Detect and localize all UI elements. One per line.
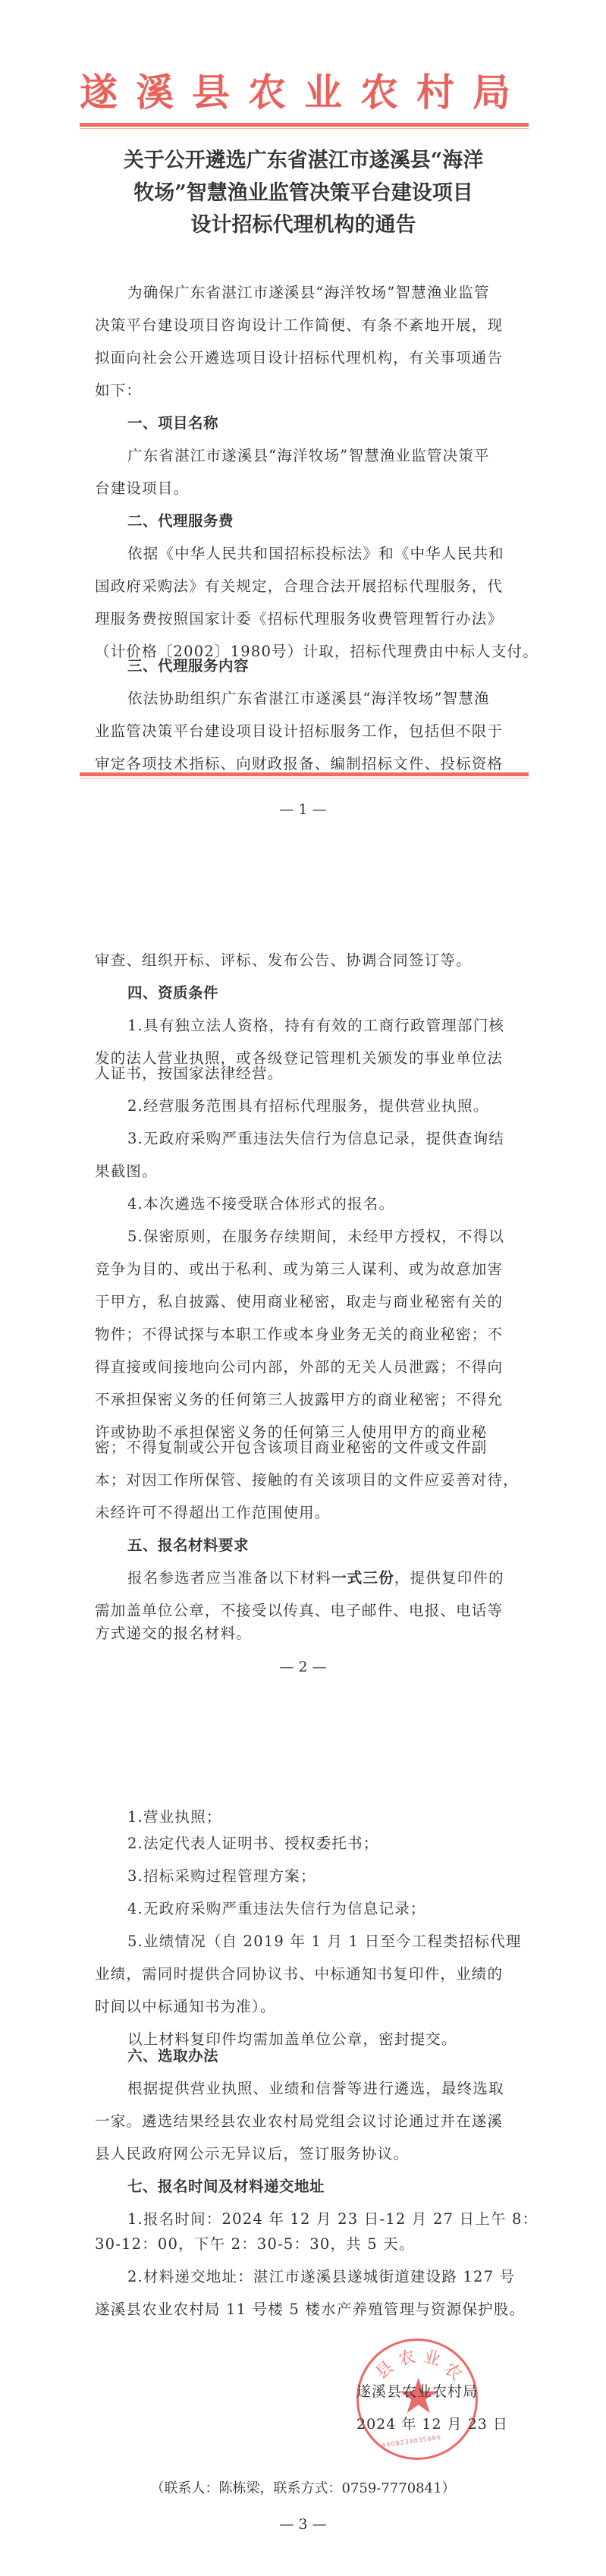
section-heading-qualifications: 四、资质条件 [127, 977, 520, 1009]
page-number-2: — 2 — [0, 1659, 606, 1675]
page-number-1: — 1 — [0, 801, 606, 818]
body-line: 果截图。 [95, 1155, 520, 1187]
body-line: 依法协助组织广东省湛江市遂溪县“海洋牧场”智慧渔 [127, 682, 520, 715]
materials-intro-post: ，提供复印件的 [394, 1569, 504, 1587]
section-heading-registration-time-address: 七、报名时间及材料递交地址 [127, 2170, 520, 2203]
body-line: 于甲方，私自披露、使用商业秘密，取走与商业秘密有关的 [95, 1285, 520, 1318]
header-red-rule-thin [80, 128, 529, 129]
materials-item: 3.招标采购过程管理方案； [127, 1860, 520, 1892]
seal-arc-char: 业 [421, 2344, 443, 2371]
body-line: 3.无政府采购严重违法失信行为信息记录，提供查询结 [127, 1122, 520, 1155]
materials-item: 4.无政府采购严重违法失信行为信息记录； [127, 1892, 520, 1925]
contact-info: （联系人：陈栋梁，联系方式：0759-7770841） [0, 2477, 606, 2497]
body-line: 理服务费按照国家计委《招标代理服务收费管理暂行办法》 [95, 602, 520, 635]
signature-organization: 遂溪县农业农村局 [356, 2380, 493, 2401]
body-line: 2.材料递交地址：湛江市遂溪县遂城街道建设路 127 号 [127, 2260, 520, 2293]
body-line: 业监管决策平台建设项目设计招标服务工作，包括但不限于 [95, 715, 520, 747]
intro-line: 为确保广东省湛江市遂溪县“海洋牧场”智慧渔业监管 [127, 276, 520, 309]
body-line: 4.本次遴选不接受联合体形式的报名。 [127, 1187, 520, 1220]
body-line: 一家。遴选结果经县农业农村局党组会议讨论通过并在遂溪 [95, 2105, 520, 2137]
seal-arc-char: 县 [370, 2355, 398, 2384]
materials-item: 时间以中标通知书为准）。 [95, 1990, 520, 2023]
body-line: 审查、组织开标、评标、发布公告、协调合同签订等。 [95, 944, 520, 977]
seal-number: 4408234035666 [381, 2434, 442, 2449]
body-line: 广东省湛江市遂溪县“海洋牧场”智慧渔业监管决策平 [127, 439, 520, 472]
body-line: 本；对因工作所保管、接触的有关该项目的文件应妥善对待， [95, 1464, 520, 1496]
body-line: 台建设项目。 [95, 472, 520, 505]
footer-red-rule [80, 772, 529, 776]
section-heading-service-content: 三、代理服务内容 [127, 650, 520, 682]
signature-date: 2024 年 12 月 23 日 [356, 2413, 493, 2433]
body-line: 不承担保密义务的任何第三人披露甲方的商业秘密；不得允 [95, 1383, 520, 1416]
intro-line: 拟面向社会公开遴选项目设计招标代理机构，有关事项通告 [95, 341, 520, 374]
footer-red-rule-thin [80, 778, 529, 778]
body-line: 5.保密原则，在服务存续期间，未经甲方授权，不得以 [127, 1220, 520, 1253]
notice-title-line-2: 牧场”智慧渔业监管决策平台建设项目 [76, 178, 531, 209]
materials-item: 2.法定代表人证明书、授权委托书； [127, 1827, 520, 1860]
body-line: 密；不得复制或公开包含该项目商业秘密的文件或文件副 [95, 1431, 520, 1464]
intro-line: 决策平台建设项目咨询设计工作简便、有条不紊地开展，现 [95, 309, 520, 341]
body-line: 30-12：00，下午 2：30-5：30，共 5 天。 [95, 2228, 520, 2260]
notice-title-line-3: 设计招标代理机构的通告 [76, 209, 531, 241]
intro-line: 如下： [95, 374, 520, 407]
page-number-3: — 3 — [0, 2516, 606, 2533]
body-line: 2.经营服务范围具有招标代理服务，提供营业执照。 [127, 1090, 520, 1122]
section-heading-selection-method: 六、选取办法 [127, 2040, 520, 2072]
body-line: 国政府采购法》有关规定，合理合法开展招标代理服务，代 [95, 570, 520, 602]
body-line: 县人民政府网公示无异议后，签订服务协议。 [95, 2137, 520, 2170]
body-line: 物件；不得试探与本职工作或本身业务无关的商业秘密；不 [95, 1318, 520, 1351]
seal-arc-char: 农 [395, 2344, 417, 2371]
section-heading-service-fee: 二、代理服务费 [127, 505, 520, 537]
materials-copies-emphasis: 一式三份 [331, 1569, 394, 1587]
body-line: 方式递交的报名材料。 [95, 1617, 520, 1650]
materials-item: 业绩，需同时提供合同协议书、中标通知书复印件，业绩的 [95, 1958, 520, 1990]
materials-item: 5.业绩情况（自 2019 年 1 月 1 日至今工程类招标代理 [127, 1925, 520, 1958]
body-line-materials-intro: 报名参选者应当准备以下材料一式三份，提供复印件的 [127, 1562, 520, 1594]
section-heading-application-materials: 五、报名材料要求 [127, 1529, 520, 1562]
organization-header: 遂溪县农业农村局 [80, 70, 529, 115]
body-line: 遂溪县农业农村局 11 号楼 5 楼水产养殖管理与资源保护股。 [95, 2293, 520, 2326]
section-heading-project-name: 一、项目名称 [127, 407, 520, 439]
materials-intro-pre: 报名参选者应当准备以下材料 [127, 1569, 331, 1587]
header-red-rule [80, 123, 529, 127]
notice-title-line-1: 关于公开遴选广东省湛江市遂溪县“海洋 [76, 145, 531, 177]
body-line: 人证书，按国家法律经营。 [95, 1057, 520, 1090]
body-line: 竞争为目的、或出于私利、或为第三人谋利、或为故意加害 [95, 1253, 520, 1285]
body-line: 得直接或间接地向公司内部，外部的无关人员泄露；不得向 [95, 1351, 520, 1383]
body-line: 依据《中华人民共和国招标投标法》和《中华人民共和 [127, 537, 520, 570]
body-line: 根据提供营业执照、业绩和信誉等进行遴选，最终选取 [127, 2072, 520, 2105]
body-line: 未经许可不得超出工作范围使用。 [95, 1496, 520, 1529]
body-line: 1.具有独立法人资格，持有有效的工商行政管理部门核 [127, 1009, 520, 1042]
